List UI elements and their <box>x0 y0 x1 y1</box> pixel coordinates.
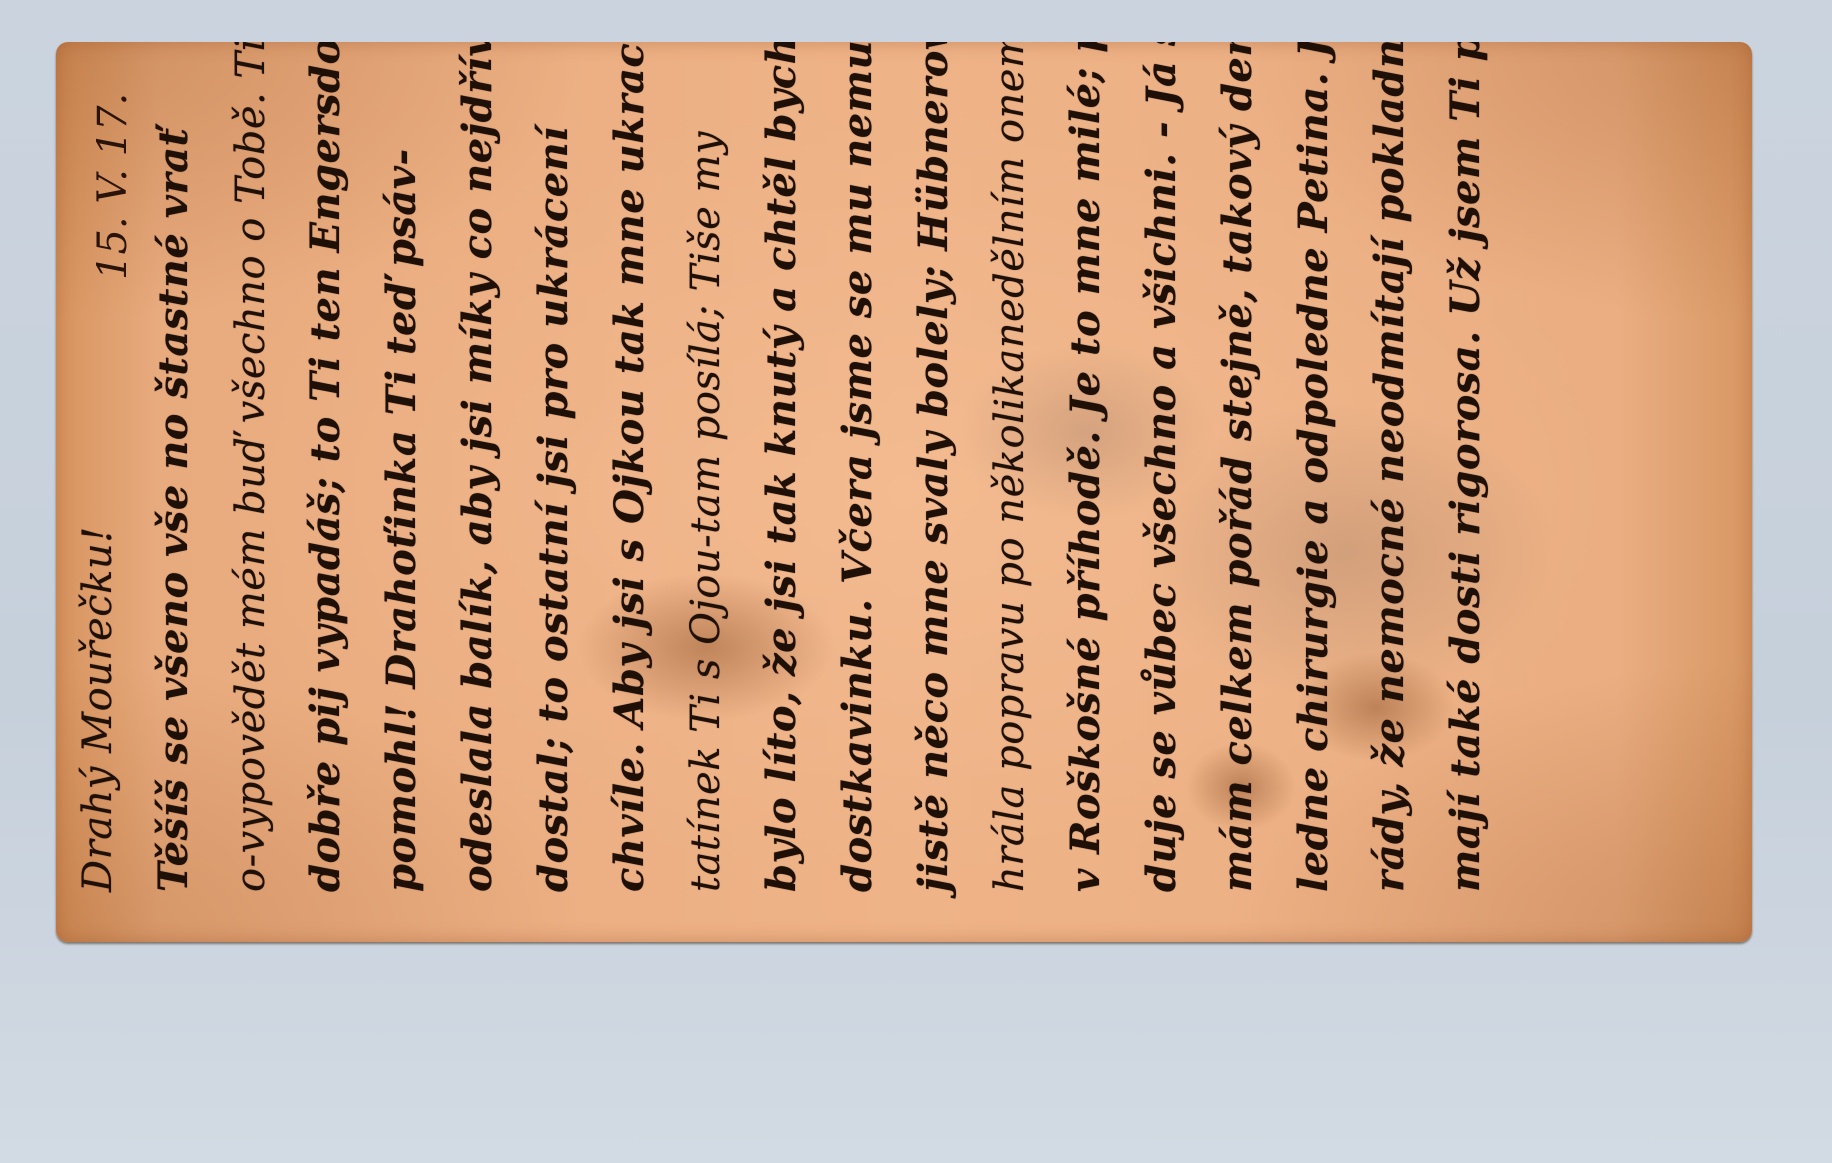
handwritten-line: tatínek Ti s Ojou-tam posílá; Tiše my <box>686 131 726 892</box>
handwritten-line: hrála popravu po několikanedělním onemoc… <box>990 42 1030 892</box>
handwritten-line: duje se vůbec všechno a všichni. - Já se <box>1142 42 1182 892</box>
handwritten-line: Těšíš se všeno vše no štastné vrať <box>154 128 194 892</box>
postcard-date: 15. V. 17. <box>90 93 136 280</box>
ink-smudge <box>1136 402 1556 702</box>
handwritten-line: jistě něco mne svaly bolely; Hübnerové <box>914 42 954 892</box>
handwritten-line: odeslala balík, aby jsi míky co nejdřív <box>458 42 498 892</box>
handwritten-line: rády, že nemocné neodmítají pokladní; př… <box>1370 42 1410 892</box>
handwritten-line: mám celkem pořád stejně, takový den dopo… <box>1218 42 1258 892</box>
handwritten-line: bylo líto, že jsi tak knutý a chtěl bych… <box>762 42 802 892</box>
handwritten-line: dostal; to ostatní jsi pro ukrácení <box>534 126 574 892</box>
handwritten-line: v Roškošné příhodě. Je to mne milé; pozo… <box>1066 42 1106 892</box>
handwritten-line: Drahý Mouřečku! <box>78 526 118 892</box>
handwritten-line: dobře pij vypadáš; to Ti ten Engersdorf … <box>306 42 346 892</box>
handwritten-line: mají také dosti rigorosa. Už jsem Ti psa… <box>1446 42 1486 892</box>
handwritten-line: ledne chirurgie a odpoledne Petina. Jsme… <box>1294 42 1334 892</box>
handwritten-line: o-vypovědět mém buď všechno o Tobě. Ti.. <box>231 42 271 892</box>
handwritten-line: pomohl! Drahoťinka Ti teď psáv- <box>382 148 422 892</box>
handwritten-line: chvíle. Aby jsi s Ojkou tak mne ukracují <box>610 42 650 892</box>
postcard: 15. V. 17. Drahý Mouřečku! Těšíš se všen… <box>56 42 1752 942</box>
handwritten-line: dostkavinku. Včera jsme se mu nemuší, <box>838 42 878 892</box>
